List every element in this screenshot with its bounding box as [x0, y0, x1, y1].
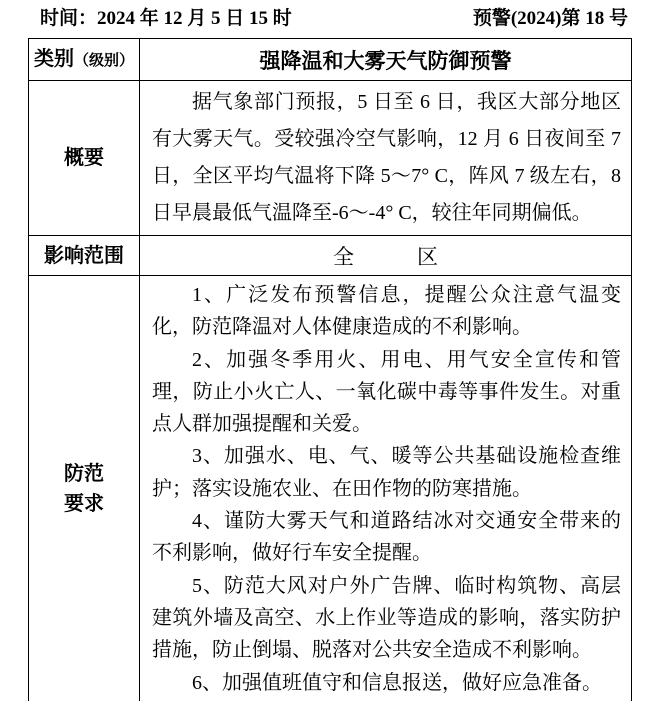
- measure-item-5: 5、防范大风对户外广告牌、临时构筑物、高层建筑外墙及高空、水上作业等造成的影响，…: [152, 570, 621, 667]
- warning-title: 强降温和大雾天气防御预警: [140, 39, 632, 81]
- table-row-measures: 防范 要求 1、广泛发布预警信息，提醒公众注意气温变化，防范降温对人体健康造成的…: [29, 276, 632, 701]
- warning-table: 类别（级别） 强降温和大雾天气防御预警 概要 据气象部门预报，5 日至 6 日，…: [28, 38, 632, 701]
- table-row-scope: 影响范围 全 区: [29, 236, 632, 276]
- issue-time-label: 时间：2024 年 12 月 5 日 15 时: [40, 6, 292, 32]
- measures-label-line1: 防范: [30, 459, 138, 489]
- table-row-summary: 概要 据气象部门预报，5 日至 6 日，我区大部分地区有大雾天气。受较强冷空气影…: [29, 81, 632, 236]
- category-label-cell: 类别（级别）: [29, 39, 140, 81]
- summary-label: 概要: [29, 81, 140, 236]
- summary-cell: 据气象部门预报，5 日至 6 日，我区大部分地区有大雾天气。受较强冷空气影响，1…: [140, 81, 632, 236]
- document-page: 时间：2024 年 12 月 5 日 15 时 预警(2024)第 18 号 类…: [0, 0, 663, 701]
- category-label: 类别: [34, 48, 74, 70]
- measures-cell: 1、广泛发布预警信息，提醒公众注意气温变化，防范降温对人体健康造成的不利影响。 …: [140, 276, 632, 701]
- measure-item-2: 2、加强冬季用火、用电、用气安全宣传和管理，防止小火亡人、一氧化碳中毒等事件发生…: [152, 344, 621, 441]
- category-label-sub: （级别）: [74, 53, 134, 69]
- measure-item-4: 4、谨防大雾天气和道路结冰对交通安全带来的不利影响，做好行车安全提醒。: [152, 505, 621, 570]
- summary-text: 据气象部门预报，5 日至 6 日，我区大部分地区有大雾天气。受较强冷空气影响，1…: [152, 84, 621, 232]
- table-row-category: 类别（级别） 强降温和大雾天气防御预警: [29, 39, 632, 81]
- measure-item-6: 6、加强值班值守和信息报送，做好应急准备。: [152, 667, 621, 699]
- scope-value: 全 区: [140, 236, 632, 276]
- measure-item-1: 1、广泛发布预警信息，提醒公众注意气温变化，防范降温对人体健康造成的不利影响。: [152, 279, 621, 344]
- doc-number-label: 预警(2024)第 18 号: [473, 6, 628, 32]
- measures-label-cell: 防范 要求: [29, 276, 140, 701]
- measures-label-line2: 要求: [30, 489, 138, 519]
- document-header: 时间：2024 年 12 月 5 日 15 时 预警(2024)第 18 号: [28, 6, 632, 32]
- scope-label: 影响范围: [29, 236, 140, 276]
- measure-item-3: 3、加强水、电、气、暖等公共基础设施检查维护；落实设施农业、在田作物的防寒措施。: [152, 440, 621, 505]
